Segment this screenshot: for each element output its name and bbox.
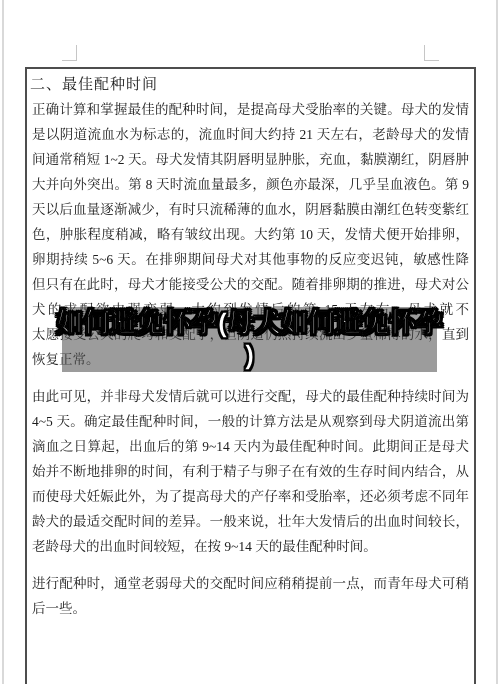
paragraph: 进行配种时，通堂老弱母犬的交配时间应稍稍提前一点，而青年母犬可稍后一些。 — [29, 571, 472, 621]
paragraph: 由此可见，并非母犬发情后就可以进行交配，母犬的最佳配种持续时间为4~5 天。确定… — [29, 384, 472, 559]
text-line: 正确计算和掌握最佳的配种时间，是提高母犬受胎率的关键。母犬的发情 — [29, 97, 472, 122]
title-overlay: 如何避免怀孕(母犬如何避免怀孕 ) — [62, 307, 437, 372]
text-line: 进行配种时，通堂老弱母犬的交配时间应稍稍提前一点，而青年母犬可稍 — [29, 571, 472, 596]
margin-crop-mark-left — [62, 45, 77, 61]
text-line: 龄犬的最适交配时间的差异。一般来说，壮年大发情后的出血时间较长， — [29, 509, 472, 534]
text-line: 始并不断地排卵的时间，有利于精子与卵子在有效的生存时间内结合，从 — [29, 459, 472, 484]
text-line: 间通常稍短 1~2 天。母犬发情其阴唇明显肿胀，充血，黏膜潮红，阴唇肿 — [29, 147, 472, 172]
document-text-box: 二、最佳配种时间 正确计算和掌握最佳的配种时间，是提高母犬受胎率的关键。母犬的发… — [25, 67, 476, 684]
text-line: 是以阴道流血水为标志的，流血时间大约持 21 天左右，老龄母犬的发情时 — [29, 122, 472, 147]
text-line: 色，肿胀程度稍减，略有皱纹出现。大约第 10 天，发情犬便开始排卵，排 — [29, 222, 472, 247]
text-line: 而使母犬妊娠此外，为了提高母犬的产仔率和受胎率，还必须考虑不同年 — [29, 484, 472, 509]
margin-crop-mark-right — [424, 45, 439, 61]
text-line: 但只有在此时，母犬才能接受公犬的交配。随着排卵期的推进，母犬对公 — [29, 272, 472, 297]
text-line: 4~5 天。确定最佳配种时间，一般的计算方法是从观察到母犬阴道流出第一 — [29, 409, 472, 434]
text-line: 卵期持续 5~6 天。在排卵期间母犬对其他事物的反应变迟钝，敏感性降低， — [29, 247, 472, 272]
text-line: 天以后血量逐渐减少，有时只流稀薄的血水，阴唇黏膜由潮红色转变紫红 — [29, 197, 472, 222]
overlay-title-line-2: ) — [245, 340, 254, 371]
text-line: 大并向外突出。第 8 天时流血量最多，颜色亦最深，几乎呈血液色。第 9 — [29, 172, 472, 197]
text-line: 由此可见，并非母犬发情后就可以进行交配，母犬的最佳配种持续时间为 — [29, 384, 472, 409]
text-line: 老龄母犬的出血时间较短，在按 9~14 天的最佳配种时间。 — [29, 534, 472, 559]
page-right-edge — [496, 0, 498, 684]
overlay-title-line-1: 如何避免怀孕(母犬如何避免怀孕 — [56, 308, 443, 339]
section-heading: 二、最佳配种时间 — [29, 73, 472, 97]
text-line: 后一些。 — [29, 596, 472, 621]
text-line: 滴血之日算起，出血后的第 9~14 天内为最佳配种时间。此期间正是母犬开 — [29, 434, 472, 459]
page-left-edge — [2, 0, 4, 684]
